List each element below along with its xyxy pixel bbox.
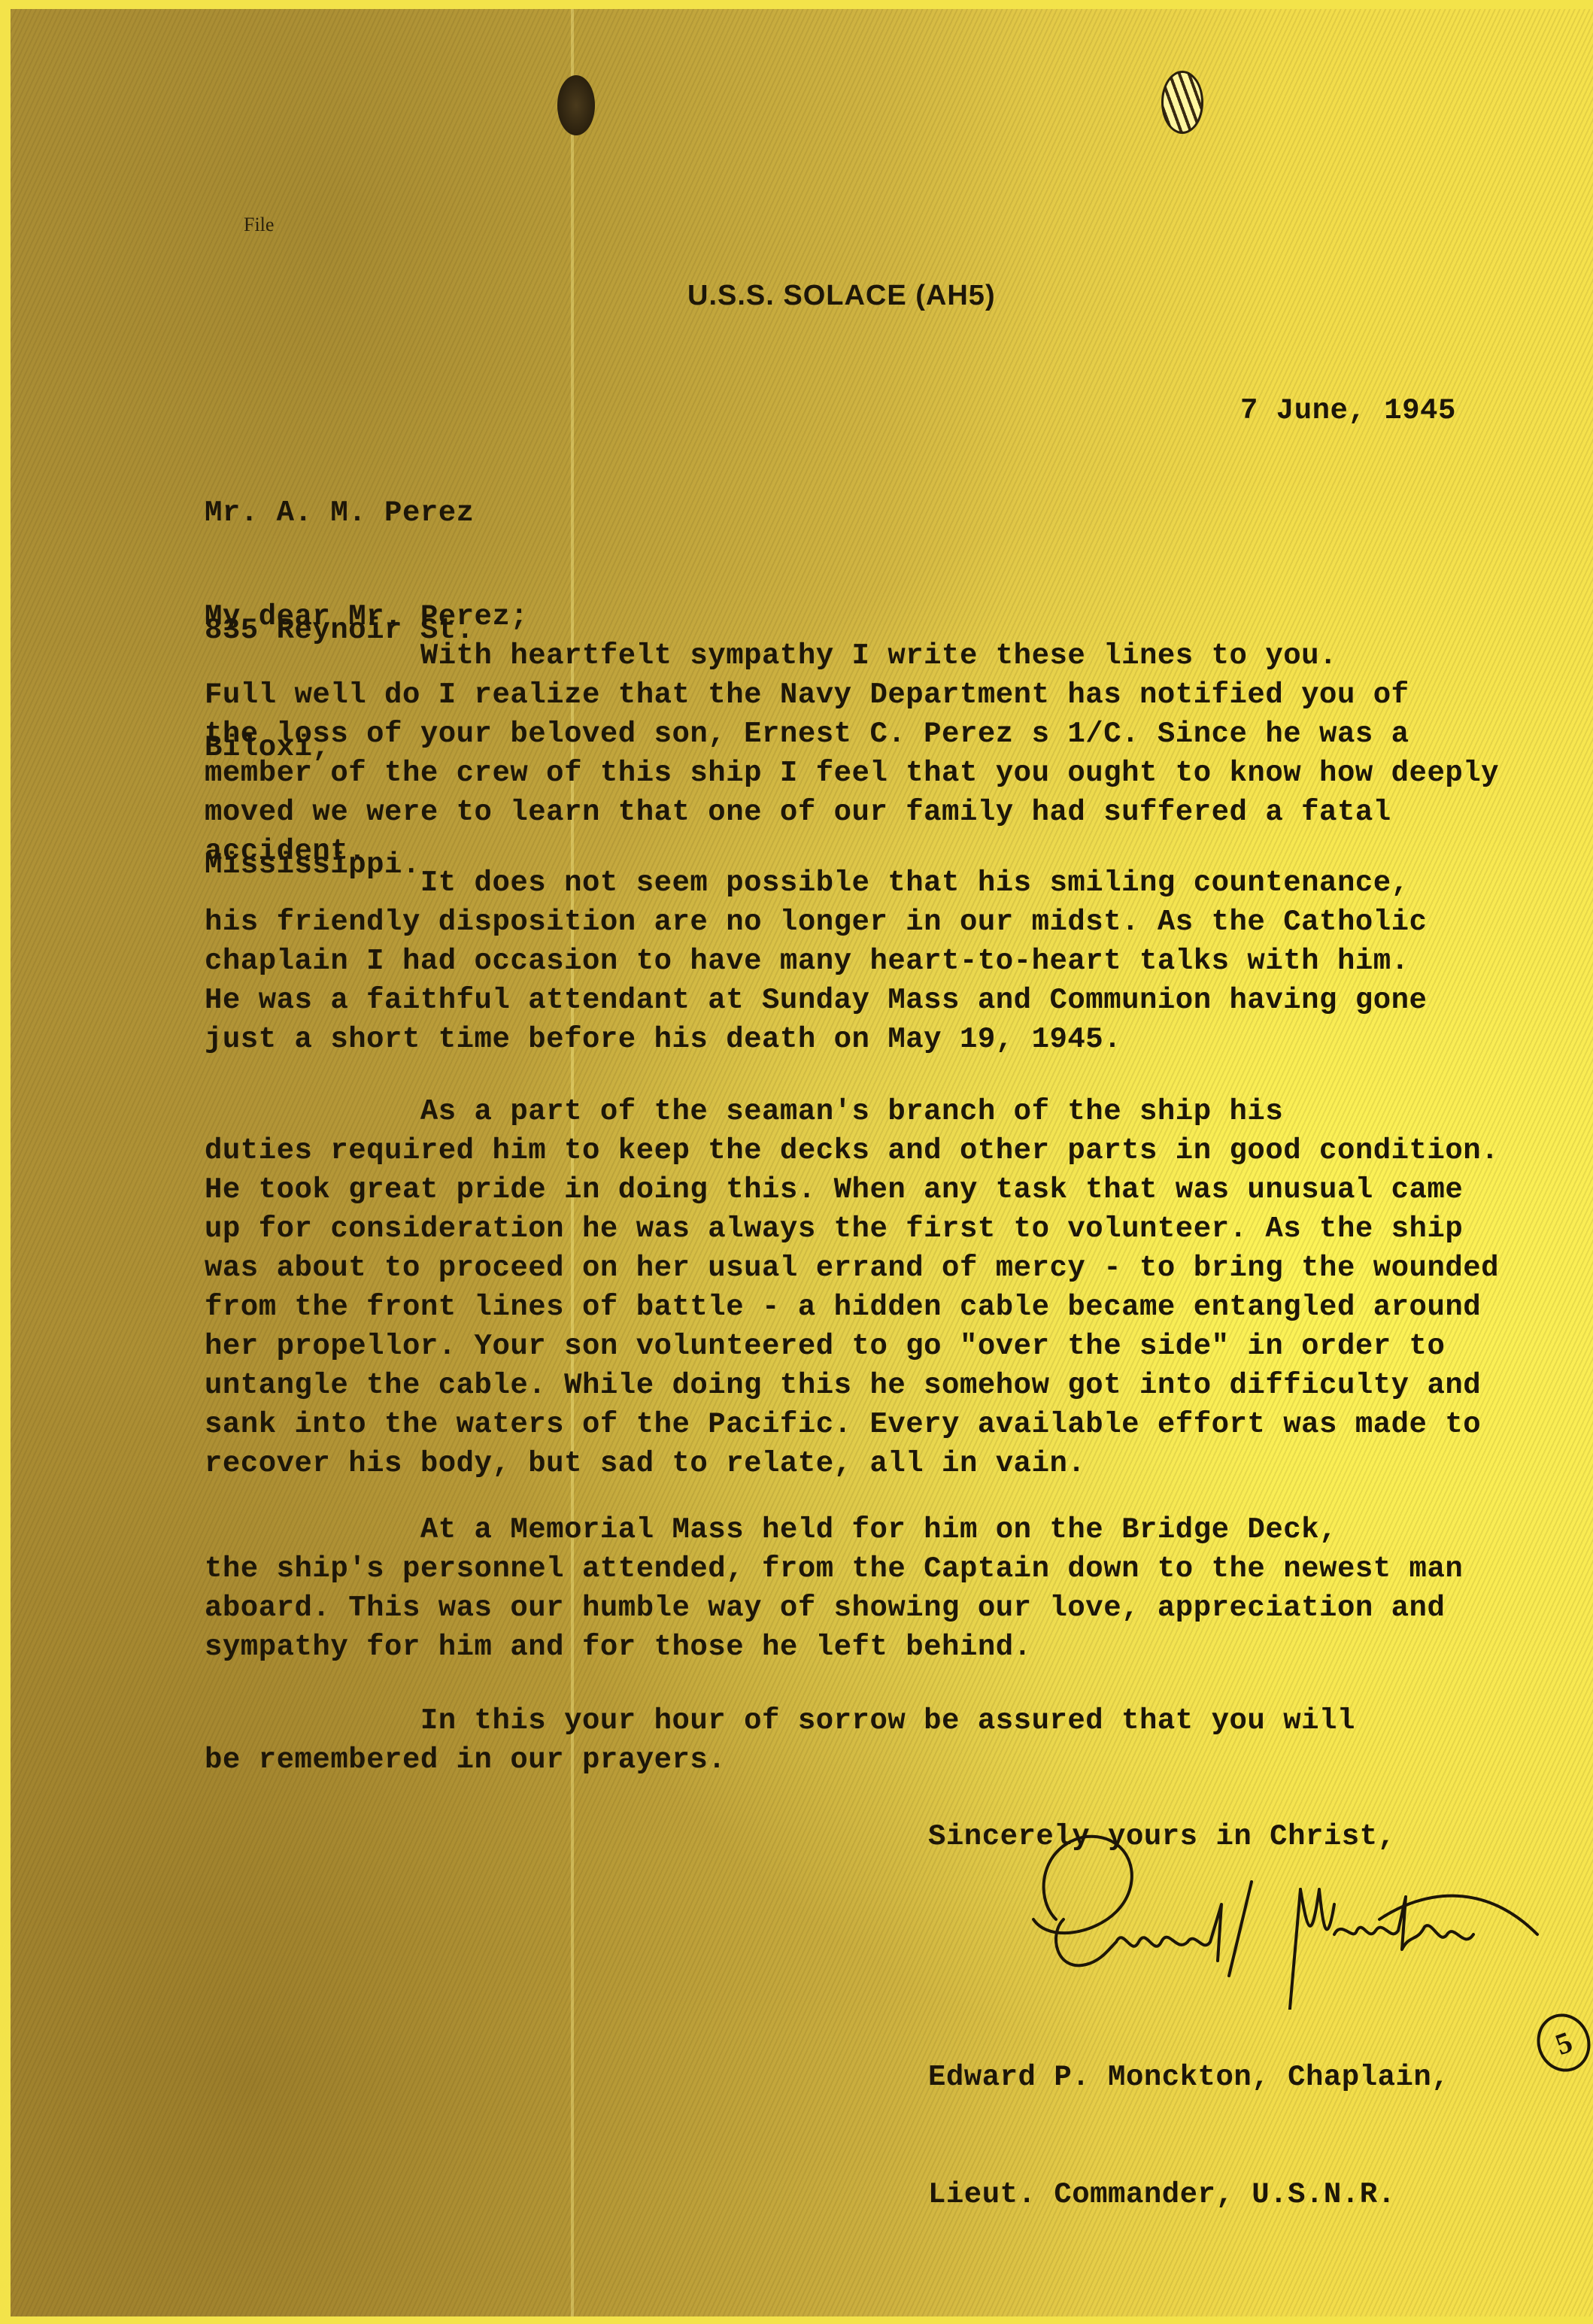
letter-date: 7 June, 1945 xyxy=(1240,391,1456,430)
salutation: My dear Mr. Perez; xyxy=(205,597,528,636)
signer-rank: Lieut. Commander, U.S.N.R. xyxy=(928,2175,1449,2214)
letterhead: U.S.S. SOLACE (AH5) xyxy=(687,280,996,312)
letter-page: File U.S.S. SOLACE (AH5) 7 June, 1945 Mr… xyxy=(11,9,1593,2316)
punch-hole-right xyxy=(1161,71,1203,134)
body-paragraph: With heartfelt sympathy I write these li… xyxy=(205,636,1499,871)
punch-hole-left xyxy=(557,75,595,135)
body-paragraph: At a Memorial Mass held for him on the B… xyxy=(205,1510,1463,1667)
body-paragraph: As a part of the seaman's branch of the … xyxy=(205,1092,1499,1483)
address-line: Mr. A. M. Perez xyxy=(205,493,475,532)
body-paragraph: In this your hour of sorrow be assured t… xyxy=(205,1701,1355,1779)
signer-block: Edward P. Monckton, Chaplain, Lieut. Com… xyxy=(928,1980,1449,2292)
signer-name-title: Edward P. Monckton, Chaplain, xyxy=(928,2058,1449,2097)
circled-page-number: 5 xyxy=(1529,2006,1593,2079)
file-note: File xyxy=(244,214,274,236)
body-paragraph: It does not seem possible that his smili… xyxy=(205,863,1427,1059)
